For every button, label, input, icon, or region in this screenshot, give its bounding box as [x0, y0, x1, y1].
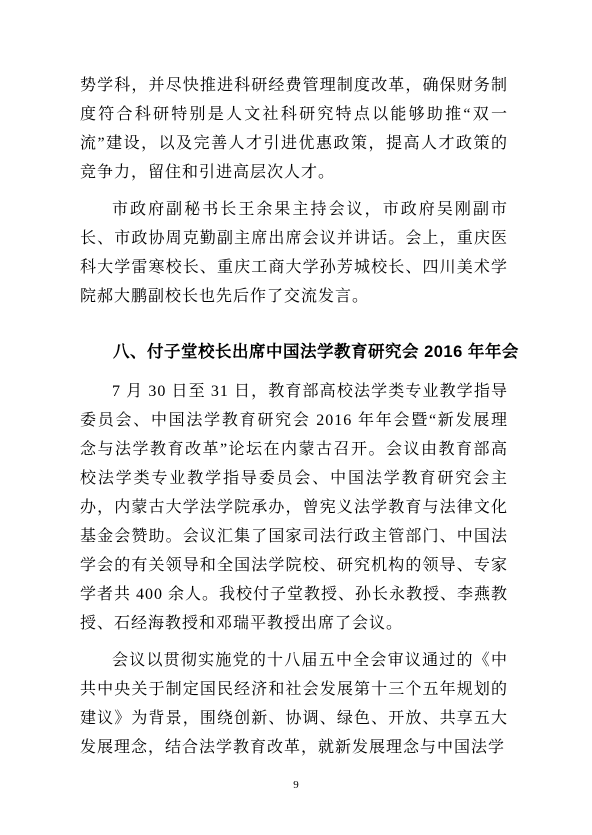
paragraph-meeting-speakers: 市政府副秘书长王余果主持会议，市政府吴刚副市长、市政协周克勤副主席出席会议并讲话…	[80, 195, 508, 311]
section-heading: 八、付子堂校长出席中国法学教育研究会 2016 年年会	[80, 338, 508, 367]
paragraph-conference-theme: 会议以贯彻实施党的十八届五中全会审议通过的《中共中央关于制定国民经济和社会发展第…	[80, 646, 508, 762]
paragraph-conference-overview: 7 月 30 日至 31 日，教育部高校法学类专业教学指导委员会、中国法学教育研…	[80, 377, 508, 638]
page-number: 9	[0, 777, 592, 793]
paragraph-continuation: 势学科，并尽快推进科研经费管理制度改革，确保财务制度符合科研特别是人文社科研究特…	[80, 71, 508, 187]
document-page: 势学科，并尽快推进科研经费管理制度改革，确保财务制度符合科研特别是人文社科研究特…	[0, 0, 592, 835]
page-content: 势学科，并尽快推进科研经费管理制度改革，确保财务制度符合科研特别是人文社科研究特…	[80, 71, 508, 770]
